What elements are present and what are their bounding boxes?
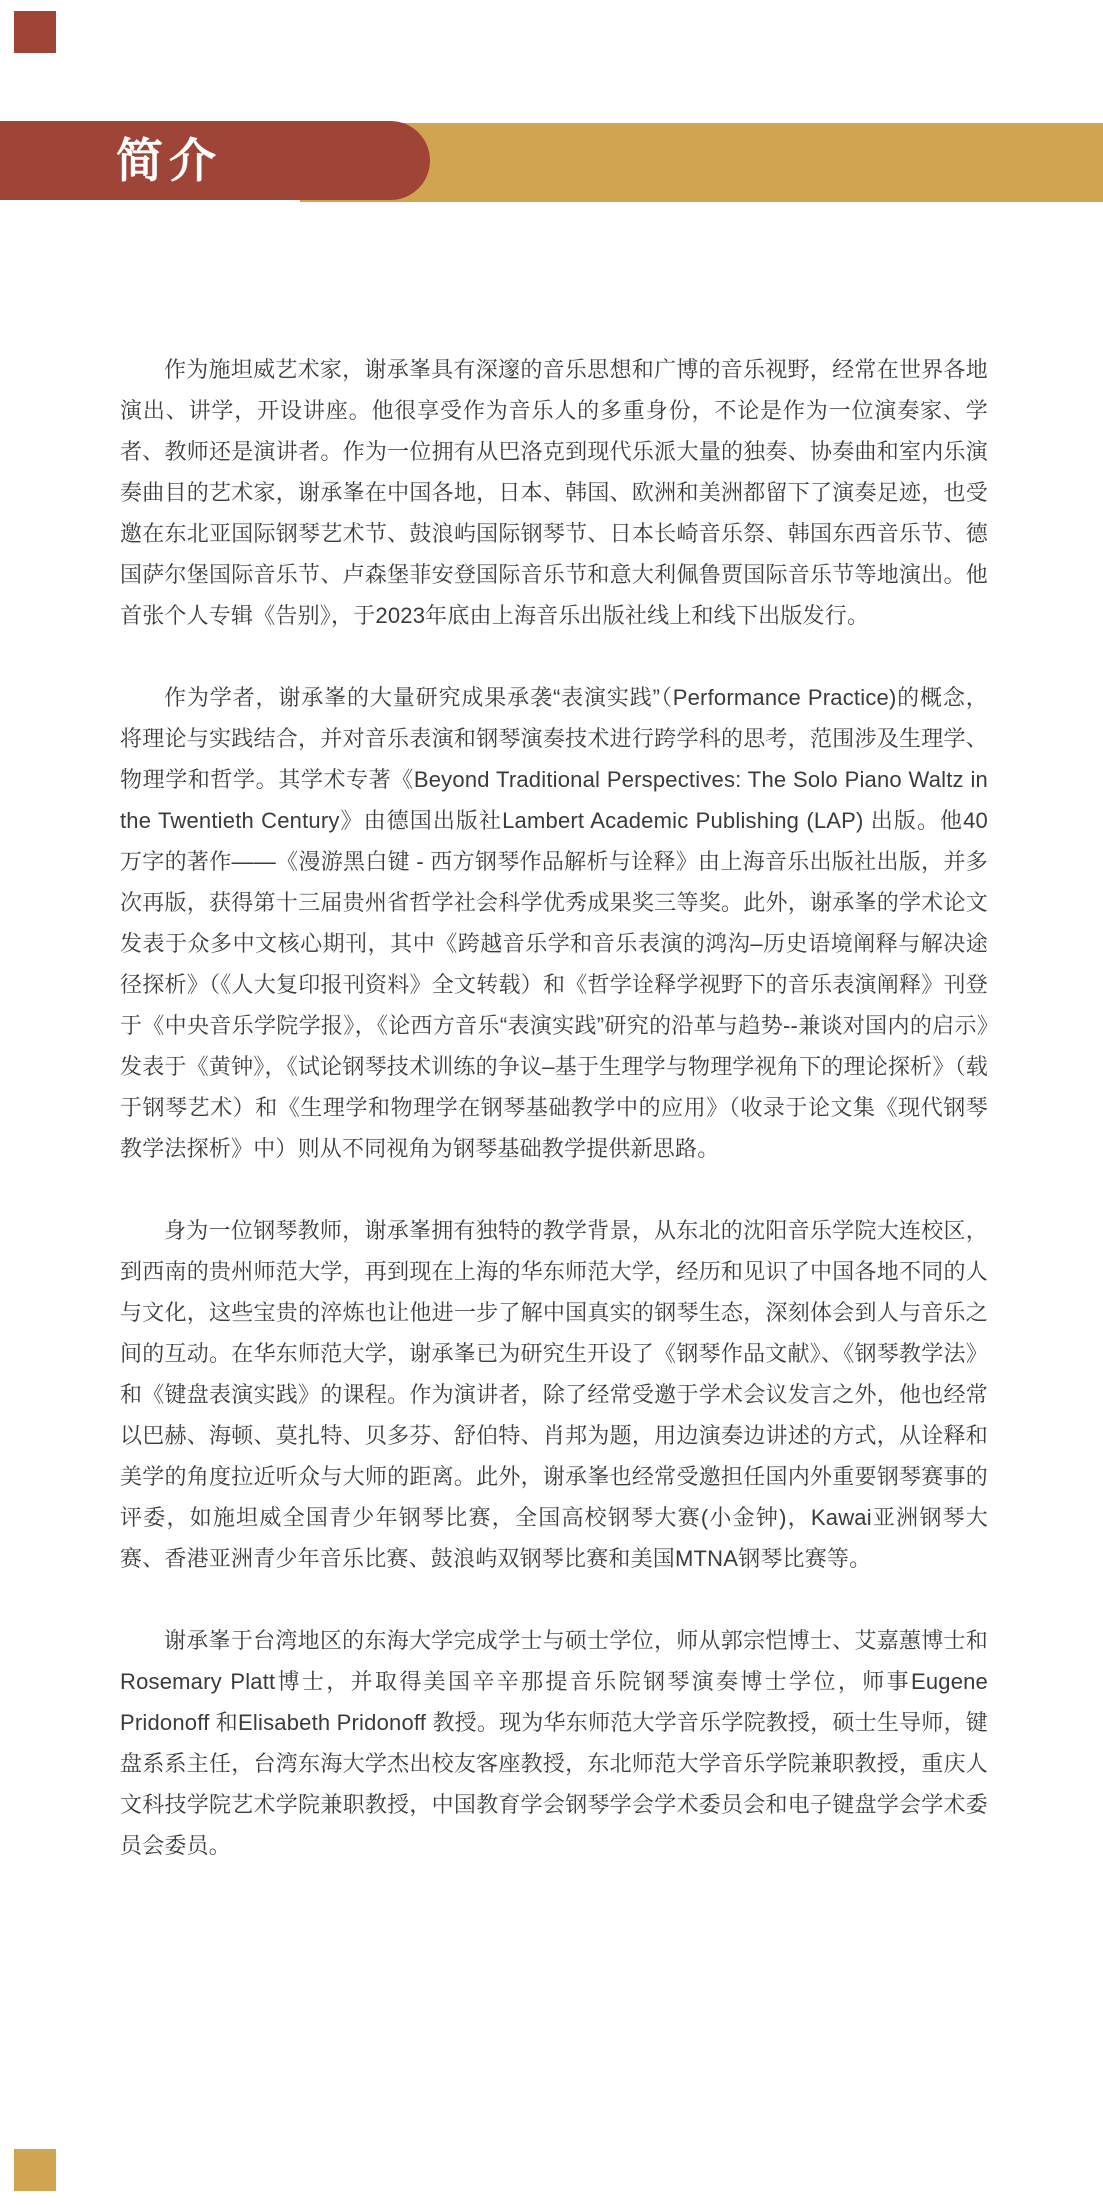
paragraph-teacher: 身为一位钢琴教师，谢承峯拥有独特的教学背景，从东北的沈阳音乐学院大连校区，到西南… <box>120 1210 988 1579</box>
corner-accent-gold <box>14 2149 56 2191</box>
paragraph-performer: 作为施坦威艺术家，谢承峯具有深邃的音乐思想和广博的音乐视野，经常在世界各地演出、… <box>120 349 988 636</box>
section-banner: 简介 <box>0 0 1103 250</box>
banner-title-box: 简介 <box>0 121 430 200</box>
paragraph-scholar: 作为学者，谢承峯的大量研究成果承袭“表演实践”（Performance Prac… <box>120 677 988 1169</box>
biography-text: 作为施坦威艺术家，谢承峯具有深邃的音乐思想和广博的音乐视野，经常在世界各地演出、… <box>120 349 988 1866</box>
paragraph-education: 谢承峯于台湾地区的东海大学完成学士与硕士学位，师从郭宗恺博士、艾嘉蕙博士和Ros… <box>120 1620 988 1866</box>
section-title: 简介 <box>116 137 222 184</box>
brochure-page: 简介 作为施坦威艺术家，谢承峯具有深邃的音乐思想和广博的音乐视野，经常在世界各地… <box>0 0 1103 2205</box>
